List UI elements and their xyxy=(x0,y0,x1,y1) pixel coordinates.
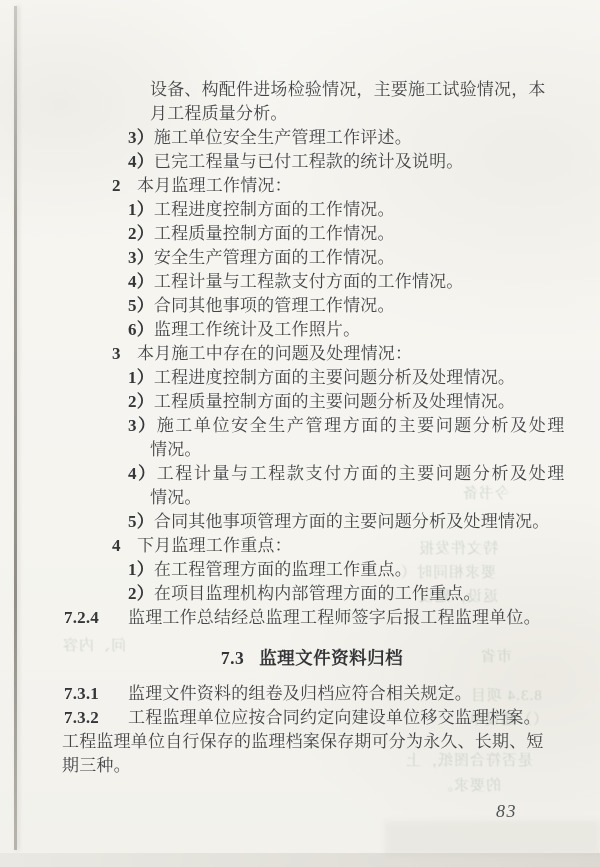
document-line: 4）已完工程量与已付工程款的统计及说明。 xyxy=(62,150,562,174)
item-number: 4） xyxy=(128,270,154,294)
document-line: 1）工程进度控制方面的工作情况。 xyxy=(62,198,562,222)
page-number: 83 xyxy=(496,801,517,822)
document-line: 5）合同其他事项管理方面的主要问题分析及处理情况。 xyxy=(62,510,562,534)
clause-number: 7.3.1 xyxy=(64,682,128,706)
item-number: 1） xyxy=(128,366,154,390)
item-number: 3） xyxy=(128,246,154,270)
scanned-document-page: 今书备 特文件发报 要求相同时（ 返设，题设 问、内容 市省 8.3.4 项目 … xyxy=(0,0,600,867)
item-number: 4） xyxy=(128,150,154,174)
document-line: 2）工程质量控制方面的工作情况。 xyxy=(62,222,562,246)
item-number: 2 xyxy=(112,174,137,198)
document-line: 7.2.4监理工作总结经总监理工程师签字后报工程监理单位。 xyxy=(62,606,562,630)
document-line: 设备、构配件进场检验情况，主要施工试验情况，本 xyxy=(62,78,562,102)
document-line: 月工程质量分析。 xyxy=(62,102,562,126)
document-line: 4）工程计量与工程款支付方面的工作情况。 xyxy=(62,270,562,294)
document-line: 1）在工程管理方面的监理工作重点。 xyxy=(62,558,562,582)
document-line: 5）合同其他事项的管理工作情况。 xyxy=(62,294,562,318)
document-line: 3）安全生产管理方面的工作情况。 xyxy=(62,246,562,270)
section-title: 监理文件资料归档 xyxy=(259,648,403,668)
item-number: 3） xyxy=(128,126,154,150)
item-number: 2） xyxy=(128,390,154,414)
document-line: 期三种。 xyxy=(62,754,562,778)
document-line: 情况。 xyxy=(62,486,562,510)
document-line: 1）工程进度控制方面的主要问题分析及处理情况。 xyxy=(62,366,562,390)
section-number: 7.3 xyxy=(221,648,244,668)
item-number: 5） xyxy=(128,510,154,534)
document-line: 7.3.1监理文件资料的组卷及归档应符合相关规定。 xyxy=(62,682,562,706)
document-line: 2本月监理工作情况： xyxy=(62,174,562,198)
document-line: 7.3.2工程监理单位应按合同约定向建设单位移交监理档案。 xyxy=(62,706,562,730)
document-line: 情况。 xyxy=(62,438,562,462)
document-line: 3本月施工中存在的问题及处理情况： xyxy=(62,342,562,366)
scan-shadow xyxy=(385,821,600,857)
item-number: 6） xyxy=(128,318,154,342)
item-number: 4） xyxy=(128,462,157,486)
section-heading: 7.3监理文件资料归档 xyxy=(62,646,562,670)
item-number: 4 xyxy=(112,534,137,558)
document-line: 4）工程计量与工程款支付方面的主要问题分析及处理 xyxy=(62,462,562,486)
item-number: 2） xyxy=(128,222,154,246)
document-line: 6）监理工作统计及工作照片。 xyxy=(62,318,562,342)
item-number: 1） xyxy=(128,558,154,582)
document-line: 2）工程质量控制方面的主要问题分析及处理情况。 xyxy=(62,390,562,414)
item-number: 1） xyxy=(128,198,154,222)
document-line: 3）施工单位安全生产管理工作评述。 xyxy=(62,126,562,150)
document-line: 2）在项目监理机构内部管理方面的工作重点。 xyxy=(62,582,562,606)
scan-bottom-edge xyxy=(0,853,600,867)
document-line: 4下月监理工作重点： xyxy=(62,534,562,558)
item-number: 5） xyxy=(128,294,154,318)
document-line: 工程监理单位自行保存的监理档案保存期可分为永久、长期、短 xyxy=(62,730,562,754)
item-number: 2） xyxy=(128,582,154,606)
document-line: 3）施工单位安全生产管理方面的主要问题分析及处理 xyxy=(62,414,562,438)
item-number: 3 xyxy=(112,342,137,366)
page-edge-line xyxy=(14,6,17,850)
document-body: 设备、构配件进场检验情况，主要施工试验情况，本 月工程质量分析。 3）施工单位安… xyxy=(62,78,562,778)
clause-number: 7.3.2 xyxy=(64,706,128,730)
item-number: 3） xyxy=(128,414,157,438)
clause-number: 7.2.4 xyxy=(64,606,128,630)
